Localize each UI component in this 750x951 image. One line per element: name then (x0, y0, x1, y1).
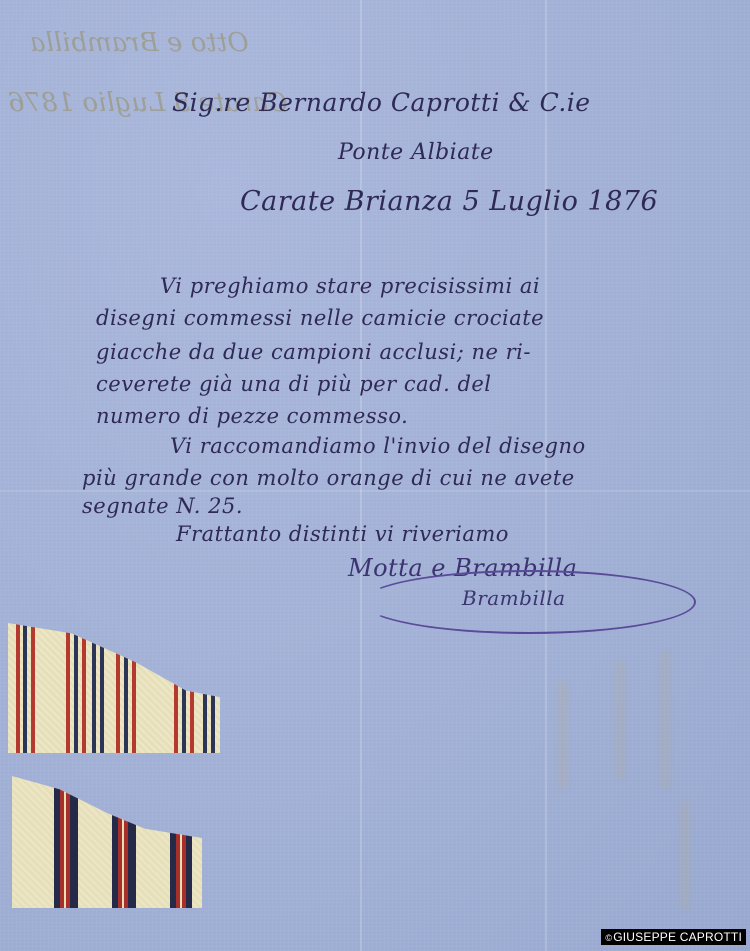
paper-stain (558, 680, 568, 790)
addressee-location: Ponte Albiate (338, 140, 494, 165)
fabric-sample-2 (12, 776, 202, 908)
body-line: Vi raccomandiamo l'invio del disegno (170, 434, 586, 458)
closing-line: Frattanto distinti vi riveriamo (176, 522, 509, 546)
paper-stain (680, 800, 690, 910)
signature-flourish (362, 570, 696, 634)
paper-stain (615, 660, 625, 780)
fabric-sample-1 (8, 623, 220, 753)
body-line: segnate N. 25. (82, 494, 243, 518)
addressee-name: Sig.re Bernardo Caprotti & C.ie (172, 88, 591, 117)
body-line: più grande con molto orange di cui ne av… (82, 466, 575, 490)
body-line: ceverete già una di più per cad. del (96, 372, 492, 396)
photo-credit: ©GIUSEPPE CAPROTTI (601, 929, 746, 945)
body-line: Vi preghiamo stare precisissimi ai (160, 274, 540, 298)
letter-page: Otto e Brambilla Carate 5 Luglio 1876 Si… (0, 0, 750, 951)
body-line: giacche da due campioni acclusi; ne ri- (96, 340, 531, 364)
credit-text: GIUSEPPE CAPROTTI (613, 930, 742, 944)
bleed-through-line: Otto e Brambilla (30, 28, 249, 58)
copyright-icon: © (605, 933, 612, 943)
body-line: numero di pezze commesso. (96, 404, 408, 428)
body-line: disegni commessi nelle camicie crociate (96, 306, 544, 330)
place-date: Carate Brianza 5 Luglio 1876 (240, 186, 658, 217)
paper-fold (0, 490, 750, 492)
paper-stain (660, 650, 670, 790)
